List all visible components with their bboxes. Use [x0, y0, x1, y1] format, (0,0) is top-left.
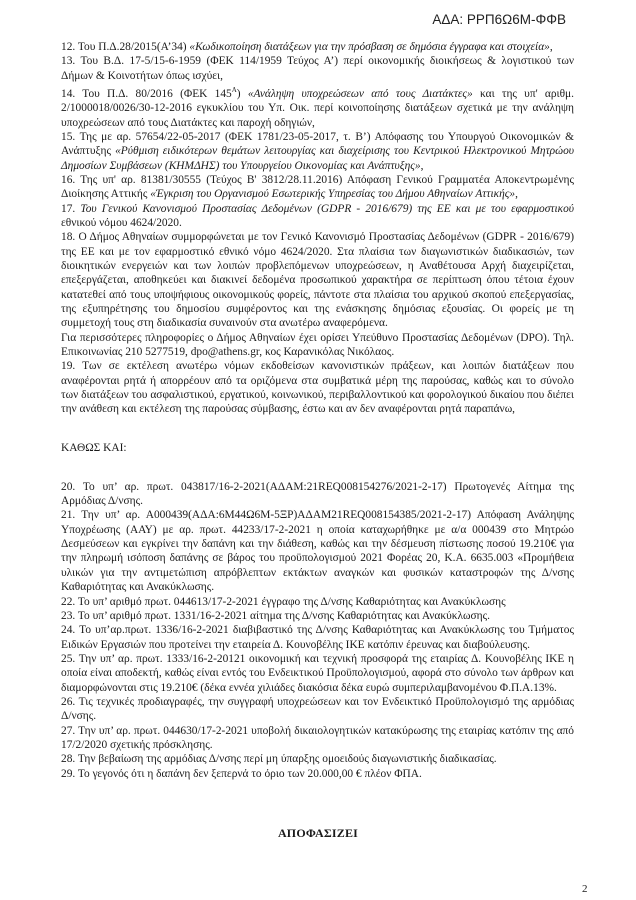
- item-29: 29. Το γεγονός ότι η δαπάνη δεν ξεπερνά …: [61, 767, 574, 781]
- item-13: 13. Του Β.Δ. 17-5/15-6-1959 (ΦΕΚ 114/195…: [61, 54, 574, 83]
- item-16: 16. Της υπ' αρ. 81381/30555 (Τεύχος Β' 3…: [61, 173, 574, 202]
- item-19: 19. Των σε εκτέλεση ανωτέρω νόμων εκδοθε…: [61, 359, 574, 416]
- item-14: 14. Του Π.Δ. 80/2016 (ΦΕΚ 145Α) «Ανάληψη…: [61, 83, 574, 130]
- item-22: 22. Το υπ’ αριθμό πρωτ. 044613/17-2-2021…: [61, 595, 574, 609]
- item-26: 26. Τις τεχνικές προδιαγραφές, την συγγρ…: [61, 695, 574, 724]
- decision-heading: ΑΠΟΦΑΣΙΖΕΙ: [0, 826, 636, 841]
- item-17: 17. Του Γενικού Κανονισμού Προστασίας Δε…: [61, 202, 574, 231]
- spacer: [61, 417, 574, 431]
- item-25: 25. Την υπ’ αρ. πρωτ. 1333/16-2-20121 οι…: [61, 652, 574, 695]
- item-23: 23. Το υπ’ αριθμό πρωτ. 1331/16-2-2021 α…: [61, 609, 574, 623]
- dpo-info: Για περισσότερες πληροφορίες ο Δήμος Αθη…: [61, 331, 574, 360]
- document-body: 12. Του Π.Δ.28/2015(Α’34) «Κωδικοποίηση …: [61, 40, 574, 781]
- item-27: 27. Την υπ’ αρ. πρωτ. 044630/17-2-2021 υ…: [61, 724, 574, 753]
- spacer: [61, 470, 574, 480]
- item-12: 12. Του Π.Δ.28/2015(Α’34) «Κωδικοποίηση …: [61, 40, 574, 54]
- item-18: 18. Ο Δήμος Αθηναίων συμμορφώνεται με το…: [61, 230, 574, 330]
- item-28: 28. Την βεβαίωση της αρμόδιας Δ/νσης περ…: [61, 752, 574, 766]
- item-24: 24. Το υπ’αρ.πρωτ. 1336/16-2-2021 διαβιβ…: [61, 623, 574, 652]
- spacer: [61, 455, 574, 469]
- spacer: [61, 431, 574, 441]
- page-number: 2: [582, 883, 588, 895]
- item-21: 21. Την υπ’ αρ. Α000439(ΑΔΑ:6Μ44Ω6Μ-5ΞΡ)…: [61, 508, 574, 594]
- item-15: 15. Της με αρ. 57654/22-05-2017 (ΦΕΚ 178…: [61, 130, 574, 173]
- section-heading: ΚΑΘΩΣ ΚΑΙ:: [61, 441, 574, 455]
- ada-code: ΑΔΑ: ΡΡΠ6Ω6Μ-ΦΦΒ: [432, 12, 566, 27]
- item-20: 20. Το υπ’ αρ. πρωτ. 043817/16-2-2021(ΑΔ…: [61, 480, 574, 509]
